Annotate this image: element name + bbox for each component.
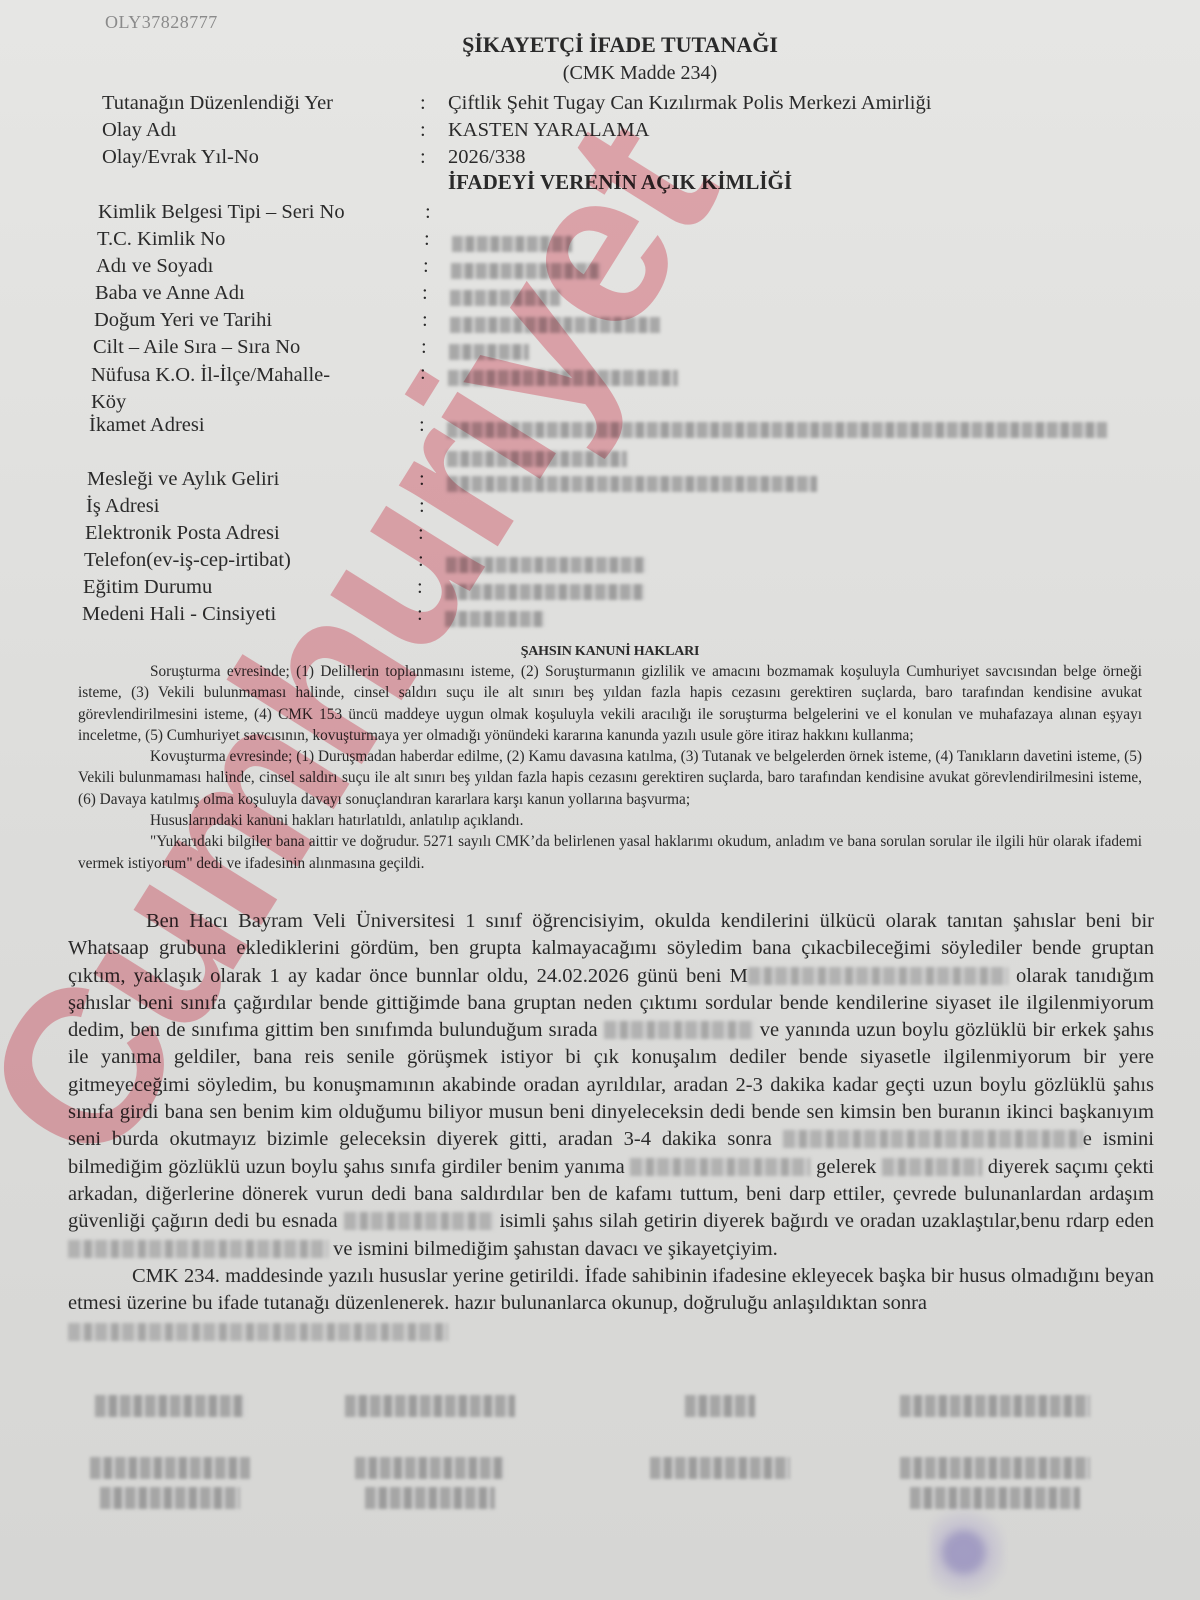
field-colon: : [419, 414, 425, 437]
signer-name [90, 1457, 250, 1479]
redacted-name [783, 1130, 1083, 1148]
rights-block: Soruşturma evresinde; (1) Delillerin top… [78, 661, 1142, 874]
field-label: Eğitim Durumu [83, 576, 212, 599]
rights-title: ŞAHSIN KANUNİ HAKLARI [0, 644, 1200, 660]
signer-role [685, 1395, 755, 1417]
field-value: KASTEN YARALAMA [448, 119, 649, 142]
field-colon: : [418, 522, 424, 545]
redacted-value [446, 553, 646, 576]
document-subtitle: (CMK Madde 234) [40, 62, 1200, 85]
redacted-name [604, 1021, 754, 1039]
field-label: Telefon(ev-iş-cep-irtibat) [84, 549, 291, 572]
signature [90, 1395, 250, 1509]
redacted-text [68, 1323, 448, 1341]
field-value: 2026/338 [448, 146, 525, 169]
field-label: T.C. Kimlik No [97, 228, 225, 251]
redacted-value [448, 366, 678, 389]
document-title: ŞİKAYETÇİ İFADE TUTANAĞI [20, 32, 1200, 58]
field-colon: : [418, 549, 424, 572]
redacted-value [452, 232, 572, 255]
field-colon: : [424, 228, 430, 251]
signature-scribble [930, 1500, 1005, 1595]
signer-role [95, 1395, 245, 1417]
field-colon: : [422, 309, 428, 332]
signature [650, 1395, 790, 1479]
field-label: Doğum Yeri ve Tarihi [94, 309, 272, 332]
statement-text: Ben Hacı Bayram Veli Üniversitesi 1 sını… [68, 908, 1154, 1263]
redacted-name [68, 1240, 328, 1258]
field-label: Kimlik Belgesi Tipi – Seri No [98, 201, 345, 224]
field-colon: : [420, 92, 426, 115]
redacted-name [344, 1212, 494, 1230]
statement-redacted-line [68, 1319, 1154, 1346]
field-label: İkamet Adresi [89, 414, 205, 437]
document-id: OLY37828777 [105, 12, 218, 33]
redacted-value [445, 607, 545, 630]
field-colon: : [417, 576, 423, 599]
identity-section-title: İFADEYİ VERENİN AÇIK KİMLİĞİ [20, 170, 1200, 195]
signer-name [900, 1457, 1090, 1479]
signer-name [355, 1457, 505, 1479]
signer-role [900, 1395, 1090, 1417]
field-label: İş Adresi [86, 495, 159, 518]
field-value: Çiftlik Şehit Tugay Can Kızılırmak Polis… [448, 92, 931, 115]
signer-name [650, 1457, 790, 1479]
redacted-value [449, 340, 529, 363]
field-label: Cilt – Aile Sıra – Sıra No [93, 336, 300, 359]
redacted-name [882, 1158, 982, 1176]
field-colon: : [417, 603, 423, 626]
field-colon: : [419, 468, 425, 491]
field-label: Medeni Hali - Cinsiyeti [82, 603, 276, 626]
field-colon: : [420, 362, 426, 385]
field-label: Tutanağın Düzenlendiği Yer [102, 92, 333, 115]
statement-block: Ben Hacı Bayram Veli Üniversitesi 1 sını… [68, 908, 1154, 1347]
redacted-name [748, 967, 1008, 985]
field-colon: : [419, 495, 425, 518]
signature [345, 1395, 515, 1509]
field-label: Baba ve Anne Adı [95, 282, 245, 305]
rights-reminded: Hususlarındaki kanuni hakları hatırlatıl… [78, 810, 1142, 831]
field-colon: : [425, 201, 431, 224]
redacted-value [447, 418, 1107, 467]
field-label: Nüfusa K.O. İl-İlçe/Mahalle-Köy [91, 362, 330, 416]
field-colon: : [421, 336, 427, 359]
field-label: Adı ve Soyadı [96, 255, 213, 278]
field-colon: : [422, 282, 428, 305]
field-colon: : [423, 255, 429, 278]
field-label: Olay/Evrak Yıl-No [102, 146, 259, 169]
field-label: Elektronik Posta Adresi [85, 522, 280, 545]
signature [900, 1395, 1090, 1509]
field-label: Mesleği ve Aylık Geliri [87, 468, 279, 491]
statement-closing: CMK 234. maddesinde yazılı hususlar yeri… [68, 1263, 1154, 1318]
redacted-value [447, 472, 817, 495]
redacted-name [630, 1158, 810, 1176]
rights-consent: "Yukarıdaki bilgiler bana aittir ve doğr… [78, 831, 1142, 874]
field-colon: : [420, 146, 426, 169]
redacted-value [451, 259, 601, 282]
rights-investigation: Soruşturma evresinde; (1) Delillerin top… [78, 661, 1142, 746]
rights-prosecution: Kovuşturma evresinde; (1) Duruşmadan hab… [78, 746, 1142, 810]
field-label: Olay Adı [102, 119, 177, 142]
document-page: OLY37828777 ŞİKAYETÇİ İFADE TUTANAĞI (CM… [0, 0, 1200, 1600]
field-colon: : [420, 119, 426, 142]
redacted-value [445, 580, 645, 603]
redacted-value [450, 313, 660, 336]
redacted-value [450, 286, 560, 309]
signer-role [345, 1395, 515, 1417]
